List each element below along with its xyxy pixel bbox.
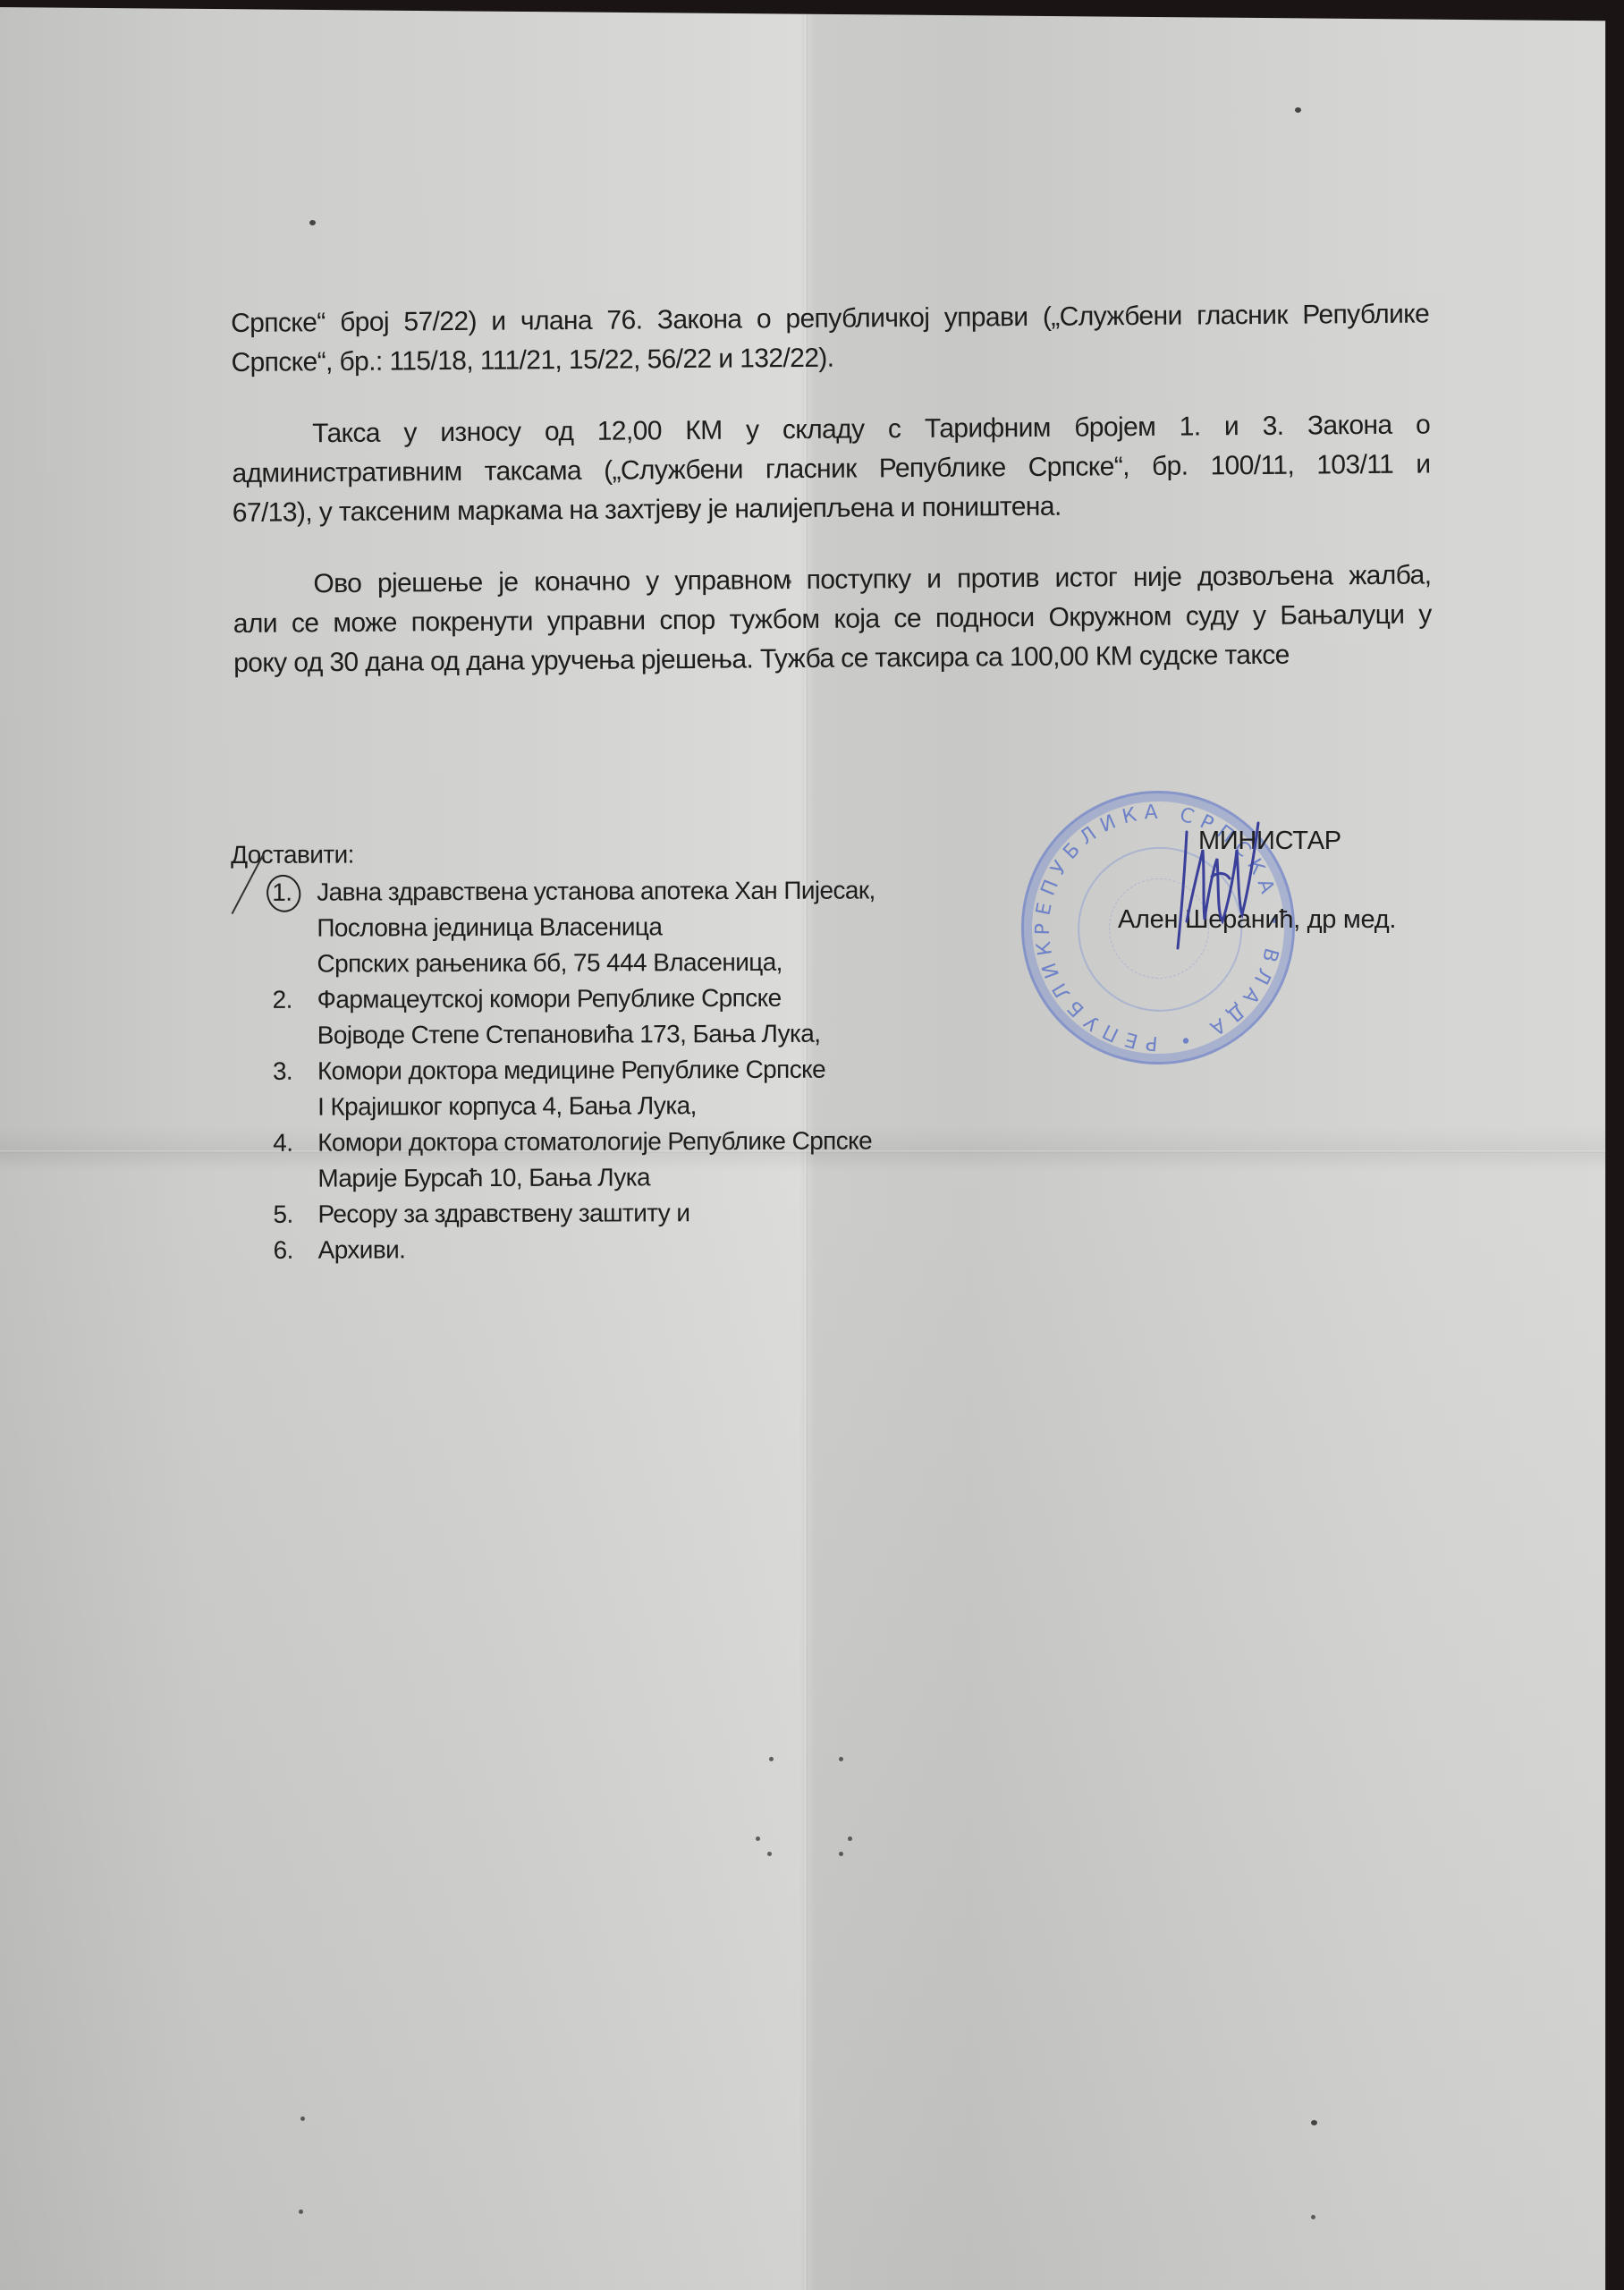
- item-line: Ресору за здравствену заштиту и: [317, 1194, 876, 1232]
- appeal-paragraph: Ово рјешење је коначно у управном поступ…: [233, 556, 1432, 683]
- delivery-item: 2. Фармацеутској комори Републике Српске…: [232, 980, 876, 1054]
- paper-speck: [756, 1836, 760, 1841]
- item-line: Фармацеутској комори Републике Српске: [317, 980, 876, 1017]
- paper-speck: [839, 1852, 843, 1856]
- paper-speck: [300, 2116, 305, 2121]
- item-line: I Крајишког корпуса 4, Бања Лука,: [317, 1087, 876, 1124]
- paragraph-line: року од 30 дана од дана уручења рјешења.…: [233, 634, 1432, 683]
- paper-speck: [769, 1757, 774, 1761]
- item-line: Пословна јединица Власеница: [317, 908, 875, 946]
- delivery-item: 4. Комори доктора стоматологије Републик…: [232, 1123, 876, 1197]
- paper-speck: [1311, 2215, 1315, 2219]
- paragraph-line: 67/13), у таксеним маркама на захтјеву ј…: [233, 484, 1431, 533]
- delivery-title: Доставити:: [231, 835, 875, 873]
- item-line: Српских рањеника бб, 75 444 Власеница,: [317, 944, 875, 981]
- paper-speck: [299, 2209, 303, 2214]
- delivery-list: Доставити: 1. Јавна здравствена установа…: [231, 835, 876, 1268]
- delivery-item: 6. Архиви.: [233, 1230, 877, 1268]
- item-number: 5.: [273, 1197, 292, 1233]
- item-number: 3.: [273, 1054, 292, 1090]
- item-line: Јавна здравствена установа апотека Хан П…: [317, 872, 875, 910]
- item-number: 2.: [273, 982, 292, 1018]
- paper-speck: [1311, 2120, 1317, 2125]
- item-line: Марије Бурсаћ 10, Бања Лука: [317, 1158, 876, 1196]
- item-line: Архиви.: [318, 1230, 877, 1268]
- delivery-item: 5. Ресору за здравствену заштиту и: [232, 1194, 876, 1233]
- item-line: Комори доктора стоматологије Републике С…: [317, 1123, 876, 1160]
- document-body: Српске“ број 57/22) и члана 76. Закона о…: [231, 294, 1433, 716]
- handwritten-signature-icon: [1149, 814, 1310, 993]
- legal-basis-paragraph: Српске“ број 57/22) и члана 76. Закона о…: [231, 294, 1430, 383]
- paper-speck: [1295, 107, 1301, 113]
- paragraph-line: Српске“, бр.: 115/18, 111/21, 15/22, 56/…: [231, 334, 1429, 383]
- delivery-item: 3. Комори доктора медицине Републике Срп…: [232, 1051, 876, 1125]
- item-line: Војводе Степе Степановића 173, Бања Лука…: [317, 1015, 876, 1053]
- paper-speck: [848, 1836, 852, 1841]
- item-number: 4.: [273, 1125, 292, 1161]
- paper-speck: [309, 220, 316, 225]
- delivery-item: 1. Јавна здравствена установа апотека Ха…: [231, 872, 875, 982]
- paper-speck: [767, 1852, 772, 1856]
- fee-paragraph: Такса у износу од 12,00 КМ у складу с Та…: [232, 405, 1431, 533]
- item-number: 1.: [272, 875, 292, 911]
- item-number: 6.: [274, 1233, 293, 1268]
- paper-speck: [839, 1757, 843, 1761]
- item-line: Комори доктора медицине Републике Српске: [317, 1051, 876, 1089]
